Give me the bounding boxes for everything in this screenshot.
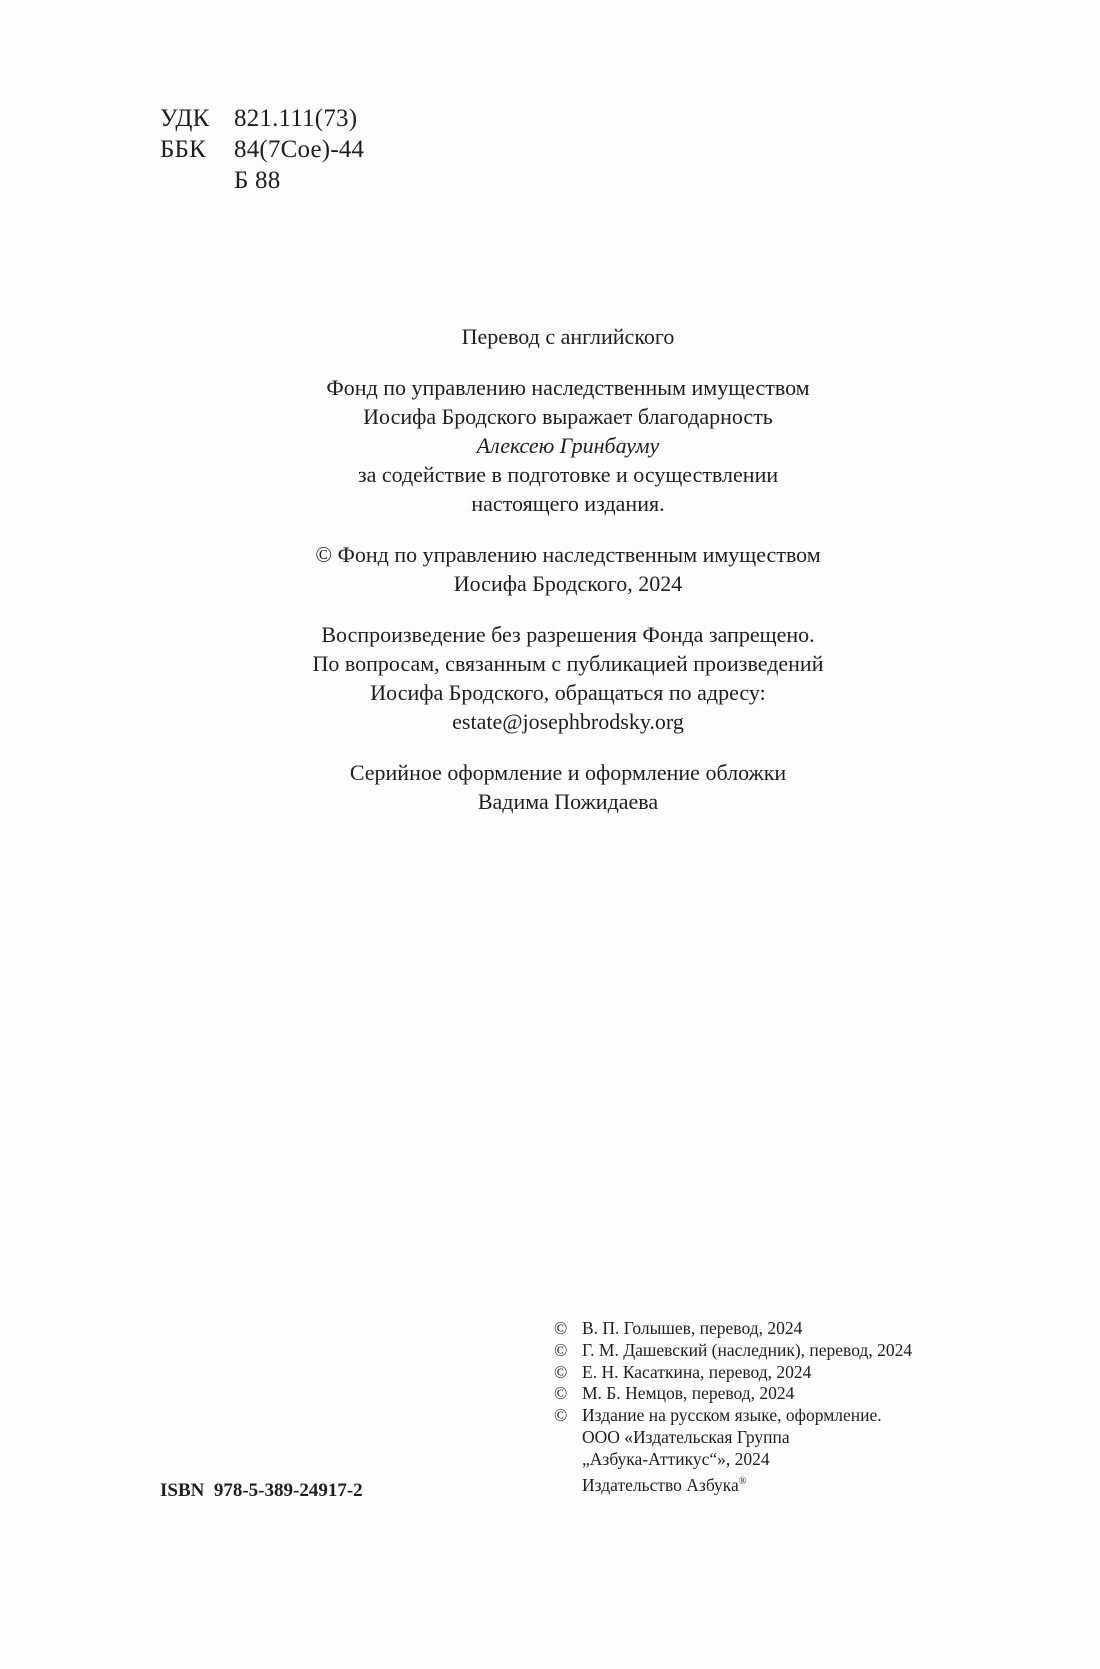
bbk-value: 84(7Сое)-44 bbox=[234, 136, 364, 163]
acknowledgement-line-4: за содействие в подготовке и осуществлен… bbox=[0, 460, 1100, 489]
design-credit-line-1: Серийное оформление и оформление обложки bbox=[0, 758, 1100, 787]
acknowledged-person: Алексею Гринбауму bbox=[0, 431, 1100, 460]
contact-email: estate@josephbrodsky.org bbox=[0, 707, 1100, 736]
acknowledgement-line-5: настоящего издания. bbox=[0, 489, 1100, 518]
isbn-label: ISBN bbox=[160, 1480, 204, 1501]
copyright-list: ©В. П. Голышев, перевод, 2024 ©Г. М. Даш… bbox=[554, 1318, 912, 1496]
copyright-icon: © bbox=[554, 1340, 582, 1362]
copyright-icon: © bbox=[554, 1362, 582, 1384]
copyright-item: ©Е. Н. Касаткина, перевод, 2024 bbox=[554, 1362, 912, 1384]
foundation-copyright: © Фонд по управлению наследственным имущ… bbox=[0, 540, 1100, 598]
publisher-line: „Азбука-Аттикус“», 2024 bbox=[554, 1449, 912, 1471]
registered-trademark-icon: ® bbox=[739, 1476, 747, 1487]
copyright-item: ©Г. М. Дашевский (наследник), перевод, 2… bbox=[554, 1340, 912, 1362]
rights-notice-line-3: Иосифа Бродского, обращаться по адресу: bbox=[0, 678, 1100, 707]
acknowledgement-line-2: Иосифа Бродского выражает благодарность bbox=[0, 402, 1100, 431]
author-mark: Б 88 bbox=[160, 165, 364, 196]
rights-notice-line-1: Воспроизведение без разрешения Фонда зап… bbox=[0, 620, 1100, 649]
udk-row: УДК821.111(73) bbox=[160, 103, 364, 134]
udk-label: УДК bbox=[160, 103, 234, 134]
isbn-value: 978-5-389-24917-2 bbox=[214, 1480, 363, 1501]
publisher-line: ООО «Издательская Группа bbox=[554, 1427, 912, 1449]
isbn: ISBN 978-5-389-24917-2 bbox=[160, 1480, 363, 1502]
copyright-item: ©М. Б. Немцов, перевод, 2024 bbox=[554, 1383, 912, 1405]
copyright-item: ©Издание на русском языке, оформление. bbox=[554, 1405, 912, 1427]
bbk-row: ББК84(7Сое)-44 bbox=[160, 134, 364, 165]
rights-notice-line-2: По вопросам, связанным с публикацией про… bbox=[0, 649, 1100, 678]
imprint-center-block: Перевод с английского Фонд по управлению… bbox=[0, 322, 1100, 816]
copyright-item: ©В. П. Голышев, перевод, 2024 bbox=[554, 1318, 912, 1340]
rights-notice: Воспроизведение без разрешения Фонда зап… bbox=[0, 620, 1100, 736]
udk-value: 821.111(73) bbox=[234, 105, 357, 132]
acknowledgement: Фонд по управлению наследственным имущес… bbox=[0, 373, 1100, 518]
copyright-icon: © bbox=[554, 1405, 582, 1427]
foundation-copyright-line-2: Иосифа Бродского, 2024 bbox=[0, 569, 1100, 598]
copyright-icon: © bbox=[554, 1383, 582, 1405]
bbk-label: ББК bbox=[160, 134, 234, 165]
library-classification: УДК821.111(73) ББК84(7Сое)-44 Б 88 bbox=[160, 103, 364, 196]
copyright-icon: © bbox=[554, 1318, 582, 1340]
design-credit: Серийное оформление и оформление обложки… bbox=[0, 758, 1100, 816]
translation-note: Перевод с английского bbox=[0, 322, 1100, 351]
foundation-copyright-line-1: © Фонд по управлению наследственным имущ… bbox=[0, 540, 1100, 569]
designer-name: Вадима Пожидаева bbox=[0, 787, 1100, 816]
publisher-line: Издательство Азбука® bbox=[554, 1471, 912, 1497]
acknowledgement-line-1: Фонд по управлению наследственным имущес… bbox=[0, 373, 1100, 402]
